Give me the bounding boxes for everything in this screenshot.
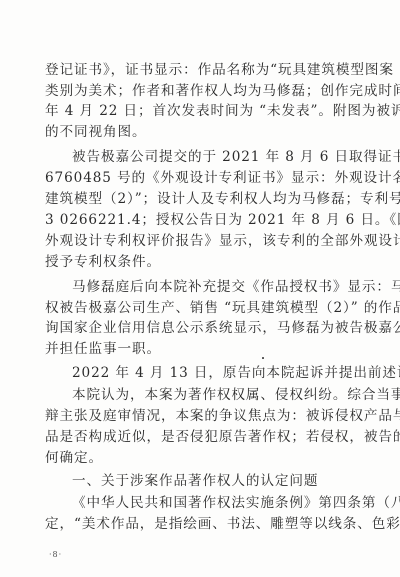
text-line: 的不同视角图。 <box>45 122 146 142</box>
text-line: 并担任监事一职。 <box>45 339 161 359</box>
page-number: ·8· <box>49 550 62 559</box>
text-line: 权被告极嘉公司生产、销售 “玩具建筑模型（2）” 的作品。经查 <box>45 298 369 318</box>
text-line: 定，“美术作品，是指绘画、书法、雕塑等以线条、色彩或者其他 <box>45 514 369 534</box>
paragraph-first-line: 马修磊庭后向本院补充提交《作品授权书》显示：马修磊授 <box>72 277 369 297</box>
text-line: 建筑模型（2）”；设计人及专利权人均为马修磊；专利号为 ZL 2021 <box>45 189 369 209</box>
text-line: 授予专利权条件。 <box>45 252 161 272</box>
text-line: 登记证书》，证书显示：作品名称为“玩具建筑模型图案 2”；作品 <box>45 60 369 80</box>
text-line: 外观设计专利权评价报告》显示，该专利的全部外观设计不符合 <box>45 231 369 251</box>
document-page: 登记证书》，证书显示：作品名称为“玩具建筑模型图案 2”；作品类别为美术；作者和… <box>0 0 400 577</box>
text-line: 年 4 月 22 日；首次发表时间为 “未发表”。附图为被诉侵权产品 <box>45 101 369 121</box>
text-line: 品是否构成近似，是否侵犯原告著作权；若侵权，被告的责任如 <box>45 427 369 447</box>
paragraph-first-line: 2022 年 4 月 13 日，原告向本院起诉并提出前述诉讼请求。 <box>72 363 400 383</box>
paragraph-first-line: 《中华人民共和国著作权法实施条例》第四条第（八）项规 <box>72 493 369 513</box>
text-line: 6760485 号的《外观设计专利证书》显示：外观设计名称为 “玩具 <box>45 168 369 188</box>
text-line: 询国家企业信用信息公示系统显示，马修磊为被告极嘉公司股东 <box>45 318 369 338</box>
text-line: 辩主张及庭审情况，本案的争议焦点为：被诉侵权产品与原告作 <box>45 406 369 426</box>
text-line: 3 0266221.4；授权公告日为 2021 年 8 月 6 日。《国家知识产… <box>45 210 369 230</box>
scan-speck <box>262 357 264 359</box>
paragraph-first-line: 一、关于涉案作品著作权人的认定问题 <box>72 471 318 491</box>
text-line: 何确定。 <box>45 448 103 468</box>
paragraph-first-line: 被告极嘉公司提交的于 2021 年 8 月 6 日取得证书号为第 <box>72 147 369 167</box>
paragraph-first-line: 本院认为，本案为著作权权属、侵权纠纷。综合当事人的诉 <box>72 385 369 405</box>
text-line: 类别为美术；作者和著作权人均为马修磊；创作完成时间为 2021 <box>45 81 369 101</box>
